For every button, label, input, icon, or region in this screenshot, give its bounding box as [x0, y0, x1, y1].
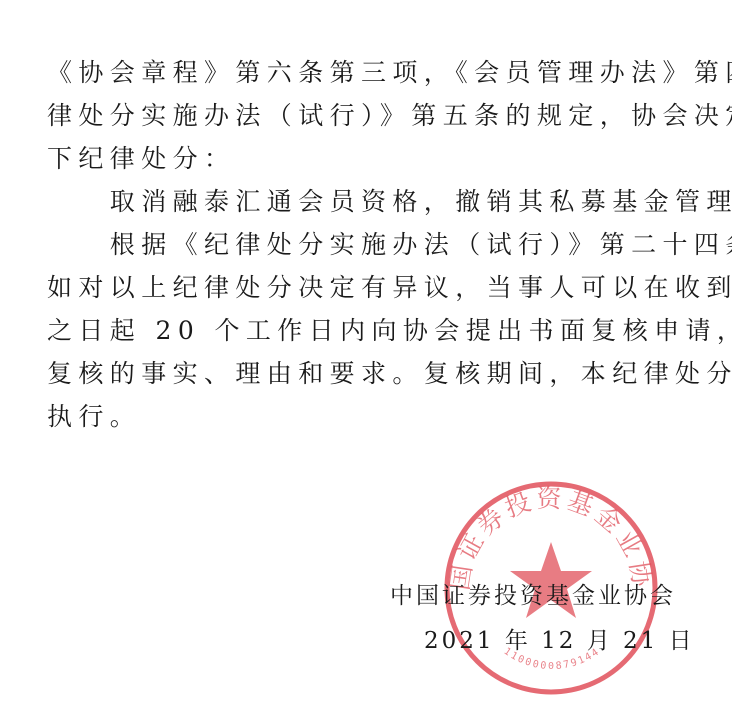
signature-organization: 中国证券投资基金业协会 — [390, 577, 676, 610]
paragraph-line: 如对以上纪律处分决定有异议，当事人可以在收到本决定书 — [47, 273, 732, 303]
paragraph-line: 律处分实施办法（试行）》第五条的规定，协会决定作出以 — [47, 101, 732, 131]
signature-date: 2021 年 12 月 21 日 — [424, 622, 695, 655]
paragraph-line: 《协会章程》第六条第三项，《会员管理办法》第四条，《纪 — [47, 58, 732, 88]
paragraph-line: 复核的事实、理由和要求。复核期间，本纪律处分决定继续 — [47, 359, 732, 389]
paragraph-line: 执行。 — [47, 402, 141, 432]
paragraph-line: 取消融泰汇通会员资格，撤销其私募基金管理人登记。 — [47, 187, 732, 217]
paragraph-line: 之日起 20 个工作日内向协会提出书面复核申请，说明申请 — [47, 316, 732, 346]
paragraph-line: 根据《纪律处分实施办法（试行）》第二十四条的规定， — [47, 230, 732, 260]
paragraph-line: 下纪律处分： — [47, 144, 235, 174]
